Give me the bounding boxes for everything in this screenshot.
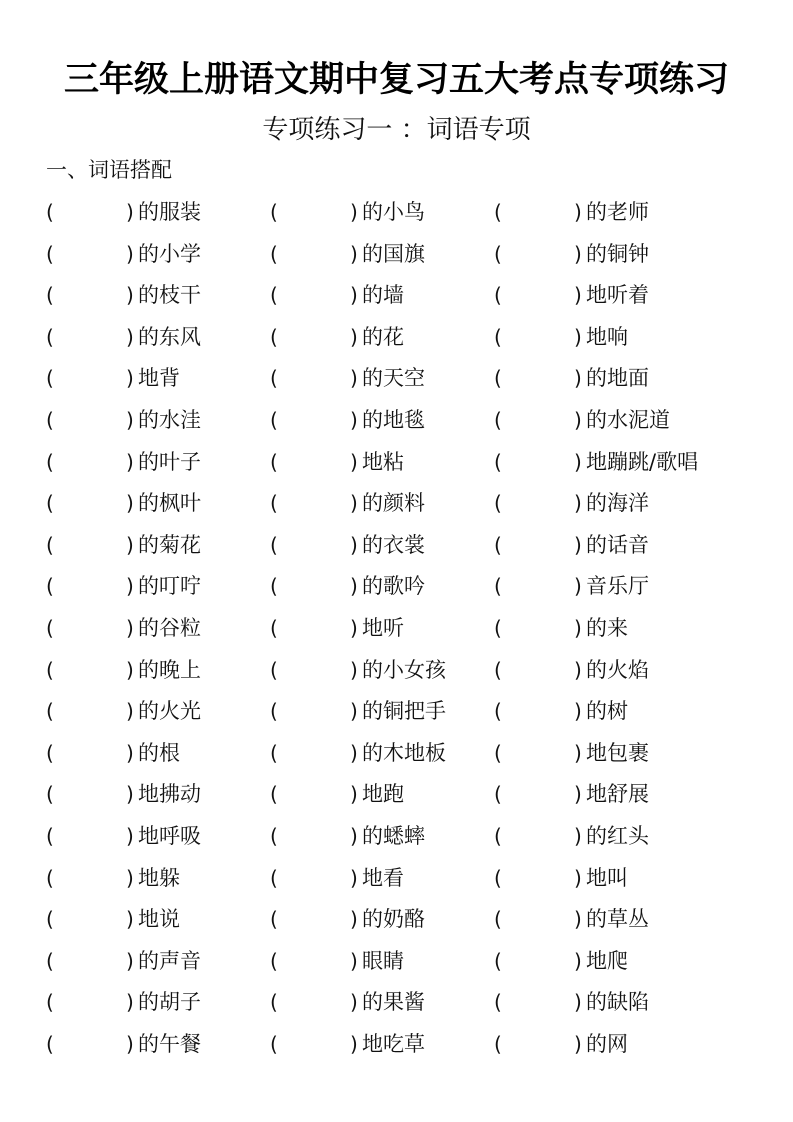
exercise-row: ()的水洼()的地毯()的水泥道 <box>0 405 793 447</box>
answer-blank[interactable] <box>282 696 348 726</box>
blank-open-paren: ( <box>46 405 54 435</box>
blank-open-paren: ( <box>494 904 502 934</box>
blank-close-paren: ) <box>350 738 358 768</box>
exercise-row: ()的午餐()地吃草()的网 <box>0 1029 793 1071</box>
blank-close-paren: ) <box>350 322 358 352</box>
word-phrase: 的枝干 <box>138 280 201 310</box>
word-phrase: 的国旗 <box>362 239 425 269</box>
word-phrase: 地包裹 <box>586 738 649 768</box>
blank-open-paren: ( <box>270 571 278 601</box>
word-phrase: 地粘 <box>362 447 404 477</box>
blank-open-paren: ( <box>494 696 502 726</box>
blank-open-paren: ( <box>46 821 54 851</box>
word-phrase: 的菊花 <box>138 530 201 560</box>
blank-open-paren: ( <box>46 613 54 643</box>
blank-close-paren: ) <box>350 363 358 393</box>
blank-close-paren: ) <box>126 904 134 934</box>
blank-close-paren: ) <box>126 571 134 601</box>
answer-blank[interactable] <box>58 530 124 560</box>
answer-blank[interactable] <box>58 613 124 643</box>
blank-close-paren: ) <box>574 571 582 601</box>
answer-blank[interactable] <box>58 655 124 685</box>
exercise-row: ()的叶子()地粘() 地蹦跳/歌唱 <box>0 447 793 489</box>
blank-close-paren: ) <box>126 363 134 393</box>
answer-blank[interactable] <box>58 738 124 768</box>
blank-close-paren: ) <box>574 447 582 477</box>
blank-close-paren: ) <box>126 322 134 352</box>
answer-blank[interactable] <box>282 863 348 893</box>
blank-open-paren: ( <box>270 613 278 643</box>
blank-open-paren: ( <box>270 696 278 726</box>
word-phrase: 的水泥道 <box>586 405 670 435</box>
blank-close-paren: ) <box>350 197 358 227</box>
blank-open-paren: ( <box>494 613 502 643</box>
answer-blank[interactable] <box>506 655 572 685</box>
word-phrase: 的蟋蟀 <box>362 821 425 851</box>
blank-close-paren: ) <box>126 1029 134 1059</box>
word-phrase: 的红头 <box>586 821 649 851</box>
answer-blank[interactable] <box>58 280 124 310</box>
answer-blank[interactable] <box>506 405 572 435</box>
blank-close-paren: ) <box>574 363 582 393</box>
exercise-row: ()的东风()的花()地响 <box>0 322 793 364</box>
blank-open-paren: ( <box>270 987 278 1017</box>
word-phrase: 的颜料 <box>362 488 425 518</box>
blank-close-paren: ) <box>574 280 582 310</box>
blank-close-paren: ) <box>350 613 358 643</box>
blank-close-paren: ) <box>350 904 358 934</box>
word-phrase: 的树 <box>586 696 628 726</box>
answer-blank[interactable] <box>506 863 572 893</box>
word-phrase: 地呼吸 <box>138 821 201 851</box>
answer-blank[interactable] <box>506 904 572 934</box>
blank-open-paren: ( <box>494 405 502 435</box>
answer-blank[interactable] <box>282 1029 348 1059</box>
word-phrase: 的木地板 <box>362 738 446 768</box>
section-heading: 一、词语搭配 <box>46 155 172 185</box>
exercise-row: ()地躲()地看()地叫 <box>0 863 793 905</box>
blank-close-paren: ) <box>574 322 582 352</box>
blank-open-paren: ( <box>494 197 502 227</box>
word-phrase: 的话音 <box>586 530 649 560</box>
answer-blank[interactable] <box>506 987 572 1017</box>
blank-open-paren: ( <box>46 280 54 310</box>
blank-close-paren: ) <box>350 779 358 809</box>
word-phrase: 的根 <box>138 738 180 768</box>
blank-open-paren: ( <box>46 904 54 934</box>
answer-blank[interactable] <box>58 239 124 269</box>
blank-open-paren: ( <box>46 571 54 601</box>
blank-close-paren: ) <box>126 447 134 477</box>
blank-close-paren: ) <box>350 280 358 310</box>
word-phrase: 的火光 <box>138 696 201 726</box>
blank-close-paren: ) <box>126 655 134 685</box>
blank-close-paren: ) <box>126 280 134 310</box>
blank-close-paren: ) <box>574 946 582 976</box>
answer-blank[interactable] <box>282 655 348 685</box>
word-phrase: 的火焰 <box>586 655 649 685</box>
blank-close-paren: ) <box>574 405 582 435</box>
answer-blank[interactable] <box>58 946 124 976</box>
blank-open-paren: ( <box>494 987 502 1017</box>
answer-blank[interactable] <box>282 322 348 352</box>
answer-blank[interactable] <box>506 571 572 601</box>
blank-close-paren: ) <box>350 239 358 269</box>
answer-blank[interactable] <box>282 821 348 851</box>
answer-blank[interactable] <box>58 363 124 393</box>
blank-close-paren: ) <box>126 488 134 518</box>
word-phrase: 的铜把手 <box>362 696 446 726</box>
word-phrase: 地吃草 <box>362 1029 425 1059</box>
answer-blank[interactable] <box>282 946 348 976</box>
blank-close-paren: ) <box>350 696 358 726</box>
blank-open-paren: ( <box>46 946 54 976</box>
exercise-row: ()的菊花()的衣裳()的话音 <box>0 530 793 572</box>
answer-blank[interactable] <box>506 696 572 726</box>
answer-blank[interactable] <box>58 779 124 809</box>
word-phrase: 的歌吟 <box>362 571 425 601</box>
answer-blank[interactable] <box>282 571 348 601</box>
blank-open-paren: ( <box>494 1029 502 1059</box>
exercise-row: ()的服装()的小鸟()的老师 <box>0 197 793 239</box>
blank-open-paren: ( <box>46 197 54 227</box>
blank-close-paren: ) <box>574 779 582 809</box>
answer-blank[interactable] <box>506 197 572 227</box>
exercise-row: ()地呼吸()的蟋蟀()的红头 <box>0 821 793 863</box>
word-phrase: 地看 <box>362 863 404 893</box>
blank-open-paren: ( <box>46 987 54 1017</box>
blank-close-paren: ) <box>350 821 358 851</box>
word-phrase: 的老师 <box>586 197 649 227</box>
exercise-row: ()地说()的奶酪()的草丛 <box>0 904 793 946</box>
answer-blank[interactable] <box>58 447 124 477</box>
blank-open-paren: ( <box>494 363 502 393</box>
word-phrase: 地听 <box>362 613 404 643</box>
page-title: 三年级上册语文期中复习五大考点专项练习 <box>0 56 793 104</box>
blank-open-paren: ( <box>494 571 502 601</box>
blank-close-paren: ) <box>126 863 134 893</box>
word-phrase: 眼睛 <box>362 946 404 976</box>
blank-open-paren: ( <box>270 779 278 809</box>
blank-close-paren: ) <box>126 821 134 851</box>
answer-blank[interactable] <box>282 530 348 560</box>
answer-blank[interactable] <box>506 738 572 768</box>
word-phrase: 的海洋 <box>586 488 649 518</box>
blank-open-paren: ( <box>270 530 278 560</box>
word-phrase: 的地毯 <box>362 405 425 435</box>
blank-open-paren: ( <box>494 779 502 809</box>
blank-close-paren: ) <box>350 655 358 685</box>
blank-open-paren: ( <box>270 655 278 685</box>
answer-blank[interactable] <box>282 239 348 269</box>
word-phrase: 的铜钟 <box>586 239 649 269</box>
blank-open-paren: ( <box>494 280 502 310</box>
answer-blank[interactable] <box>58 821 124 851</box>
answer-blank[interactable] <box>58 488 124 518</box>
word-phrase: 的声音 <box>138 946 201 976</box>
blank-open-paren: ( <box>46 322 54 352</box>
blank-close-paren: ) <box>126 197 134 227</box>
word-phrase: 的叶子 <box>138 447 201 477</box>
blank-open-paren: ( <box>46 863 54 893</box>
blank-close-paren: ) <box>574 696 582 726</box>
blank-close-paren: ) <box>126 946 134 976</box>
blank-open-paren: ( <box>494 322 502 352</box>
exercise-row: ()的晚上()的小女孩()的火焰 <box>0 655 793 697</box>
blank-close-paren: ) <box>126 696 134 726</box>
word-phrase: 的衣裳 <box>362 530 425 560</box>
blank-close-paren: ) <box>350 488 358 518</box>
blank-close-paren: ) <box>574 613 582 643</box>
blank-close-paren: ) <box>126 530 134 560</box>
answer-blank[interactable] <box>506 779 572 809</box>
blank-open-paren: ( <box>270 280 278 310</box>
page-subtitle: 专项练习一 ：词语专项 <box>0 112 793 148</box>
word-phrase: 的奶酪 <box>362 904 425 934</box>
blank-close-paren: ) <box>350 405 358 435</box>
answer-blank[interactable] <box>506 239 572 269</box>
blank-close-paren: ) <box>574 904 582 934</box>
answer-blank[interactable] <box>506 280 572 310</box>
blank-close-paren: ) <box>350 987 358 1017</box>
blank-close-paren: ) <box>574 488 582 518</box>
blank-open-paren: ( <box>270 239 278 269</box>
blank-close-paren: ) <box>126 987 134 1017</box>
word-phrase: 地叫 <box>586 863 628 893</box>
word-phrase: 的网 <box>586 1029 628 1059</box>
blank-open-paren: ( <box>270 197 278 227</box>
exercise-row: ()地拂动() 地跑()地舒展 <box>0 779 793 821</box>
blank-open-paren: ( <box>494 447 502 477</box>
answer-blank[interactable] <box>506 613 572 643</box>
blank-close-paren: ) <box>126 779 134 809</box>
blank-close-paren: ) <box>574 987 582 1017</box>
blank-open-paren: ( <box>270 863 278 893</box>
answer-blank[interactable] <box>58 571 124 601</box>
blank-close-paren: ) <box>574 821 582 851</box>
word-phrase: 地舒展 <box>586 779 649 809</box>
blank-close-paren: ) <box>574 738 582 768</box>
word-phrase: 音乐厅 <box>586 571 649 601</box>
blank-open-paren: ( <box>46 239 54 269</box>
blank-close-paren: ) <box>126 239 134 269</box>
word-phrase: 的果酱 <box>362 987 425 1017</box>
answer-blank[interactable] <box>58 405 124 435</box>
exercise-row: () 的根()的木地板()地包裹 <box>0 738 793 780</box>
exercise-row: () 的谷粒() 地听()的来 <box>0 613 793 655</box>
answer-blank[interactable] <box>506 363 572 393</box>
answer-blank[interactable] <box>58 197 124 227</box>
blank-close-paren: ) <box>126 613 134 643</box>
word-phrase: 的地面 <box>586 363 649 393</box>
blank-close-paren: ) <box>350 1029 358 1059</box>
answer-blank[interactable] <box>58 904 124 934</box>
answer-blank[interactable] <box>282 613 348 643</box>
blank-open-paren: ( <box>46 447 54 477</box>
blank-open-paren: ( <box>270 322 278 352</box>
blank-open-paren: ( <box>494 946 502 976</box>
word-phrase: 的东风 <box>138 322 201 352</box>
word-matching-list: ()的服装()的小鸟()的老师() 的小学()的国旗()的铜钟()的枝干()的墙… <box>0 197 793 1070</box>
answer-blank[interactable] <box>282 488 348 518</box>
blank-open-paren: ( <box>46 530 54 560</box>
word-phrase: 的水洼 <box>138 405 201 435</box>
word-phrase: 的花 <box>362 322 404 352</box>
word-phrase: 地拂动 <box>138 779 201 809</box>
exercise-row: () 的小学()的国旗()的铜钟 <box>0 239 793 281</box>
answer-blank[interactable] <box>282 779 348 809</box>
answer-blank[interactable] <box>282 738 348 768</box>
answer-blank[interactable] <box>506 447 572 477</box>
exercise-row: ()的声音()眼睛() 地爬 <box>0 946 793 988</box>
word-phrase: 地说 <box>138 904 180 934</box>
blank-close-paren: ) <box>574 1029 582 1059</box>
word-phrase: 地跑 <box>362 779 404 809</box>
answer-blank[interactable] <box>282 447 348 477</box>
blank-open-paren: ( <box>46 696 54 726</box>
answer-blank[interactable] <box>506 322 572 352</box>
blank-open-paren: ( <box>270 447 278 477</box>
word-phrase: 的枫叶 <box>138 488 201 518</box>
blank-open-paren: ( <box>46 779 54 809</box>
word-phrase: 的胡子 <box>138 987 201 1017</box>
answer-blank[interactable] <box>282 363 348 393</box>
blank-close-paren: ) <box>126 738 134 768</box>
blank-close-paren: ) <box>574 655 582 685</box>
blank-open-paren: ( <box>494 239 502 269</box>
blank-open-paren: ( <box>494 530 502 560</box>
word-phrase: 的墙 <box>362 280 404 310</box>
word-phrase: 的天空 <box>362 363 425 393</box>
blank-close-paren: ) <box>350 530 358 560</box>
word-phrase: 的来 <box>586 613 628 643</box>
answer-blank[interactable] <box>506 821 572 851</box>
blank-open-paren: ( <box>494 863 502 893</box>
answer-blank[interactable] <box>282 987 348 1017</box>
exercise-row: ()的火光()的铜把手()的树 <box>0 696 793 738</box>
word-phrase: 的服装 <box>138 197 201 227</box>
word-phrase: 地响 <box>586 322 628 352</box>
word-phrase: 的晚上 <box>138 655 201 685</box>
blank-open-paren: ( <box>46 1029 54 1059</box>
blank-open-paren: ( <box>270 946 278 976</box>
blank-open-paren: ( <box>46 738 54 768</box>
blank-open-paren: ( <box>270 738 278 768</box>
blank-open-paren: ( <box>270 821 278 851</box>
blank-open-paren: ( <box>46 655 54 685</box>
word-phrase: 地爬 <box>586 946 628 976</box>
exercise-row: ()的叮咛()的歌吟() 音乐厅 <box>0 571 793 613</box>
word-phrase: 地蹦跳/歌唱 <box>586 447 698 477</box>
blank-open-paren: ( <box>494 655 502 685</box>
word-phrase: 的小女孩 <box>362 655 446 685</box>
exercise-row: ()的枝干()的墙()地听着 <box>0 280 793 322</box>
word-phrase: 的小学 <box>138 239 201 269</box>
word-phrase: 的草丛 <box>586 904 649 934</box>
answer-blank[interactable] <box>282 197 348 227</box>
blank-close-paren: ) <box>350 571 358 601</box>
blank-close-paren: ) <box>350 447 358 477</box>
word-phrase: 的午餐 <box>138 1029 201 1059</box>
blank-close-paren: ) <box>350 863 358 893</box>
blank-close-paren: ) <box>350 946 358 976</box>
blank-open-paren: ( <box>270 1029 278 1059</box>
exercise-row: ()的胡子()的果酱()的缺陷 <box>0 987 793 1029</box>
word-phrase: 的叮咛 <box>138 571 201 601</box>
blank-open-paren: ( <box>494 821 502 851</box>
blank-close-paren: ) <box>126 405 134 435</box>
word-phrase: 地听着 <box>586 280 649 310</box>
blank-open-paren: ( <box>46 488 54 518</box>
blank-close-paren: ) <box>574 197 582 227</box>
answer-blank[interactable] <box>506 946 572 976</box>
exercise-row: ()地背()的天空()的地面 <box>0 363 793 405</box>
answer-blank[interactable] <box>282 904 348 934</box>
exercise-row: ()的枫叶()的颜料()的海洋 <box>0 488 793 530</box>
answer-blank[interactable] <box>58 696 124 726</box>
answer-blank[interactable] <box>506 488 572 518</box>
blank-open-paren: ( <box>270 904 278 934</box>
answer-blank[interactable] <box>58 987 124 1017</box>
answer-blank[interactable] <box>506 1029 572 1059</box>
word-phrase: 的小鸟 <box>362 197 425 227</box>
blank-open-paren: ( <box>270 405 278 435</box>
blank-close-paren: ) <box>574 239 582 269</box>
answer-blank[interactable] <box>58 863 124 893</box>
blank-open-paren: ( <box>46 363 54 393</box>
blank-close-paren: ) <box>574 863 582 893</box>
answer-blank[interactable] <box>282 405 348 435</box>
blank-open-paren: ( <box>270 363 278 393</box>
blank-open-paren: ( <box>270 488 278 518</box>
word-phrase: 的谷粒 <box>138 613 201 643</box>
answer-blank[interactable] <box>282 280 348 310</box>
answer-blank[interactable] <box>58 322 124 352</box>
answer-blank[interactable] <box>58 1029 124 1059</box>
word-phrase: 地躲 <box>138 863 180 893</box>
blank-open-paren: ( <box>494 738 502 768</box>
blank-open-paren: ( <box>494 488 502 518</box>
blank-close-paren: ) <box>574 530 582 560</box>
word-phrase: 的缺陷 <box>586 987 649 1017</box>
word-phrase: 地背 <box>138 363 180 393</box>
answer-blank[interactable] <box>506 530 572 560</box>
